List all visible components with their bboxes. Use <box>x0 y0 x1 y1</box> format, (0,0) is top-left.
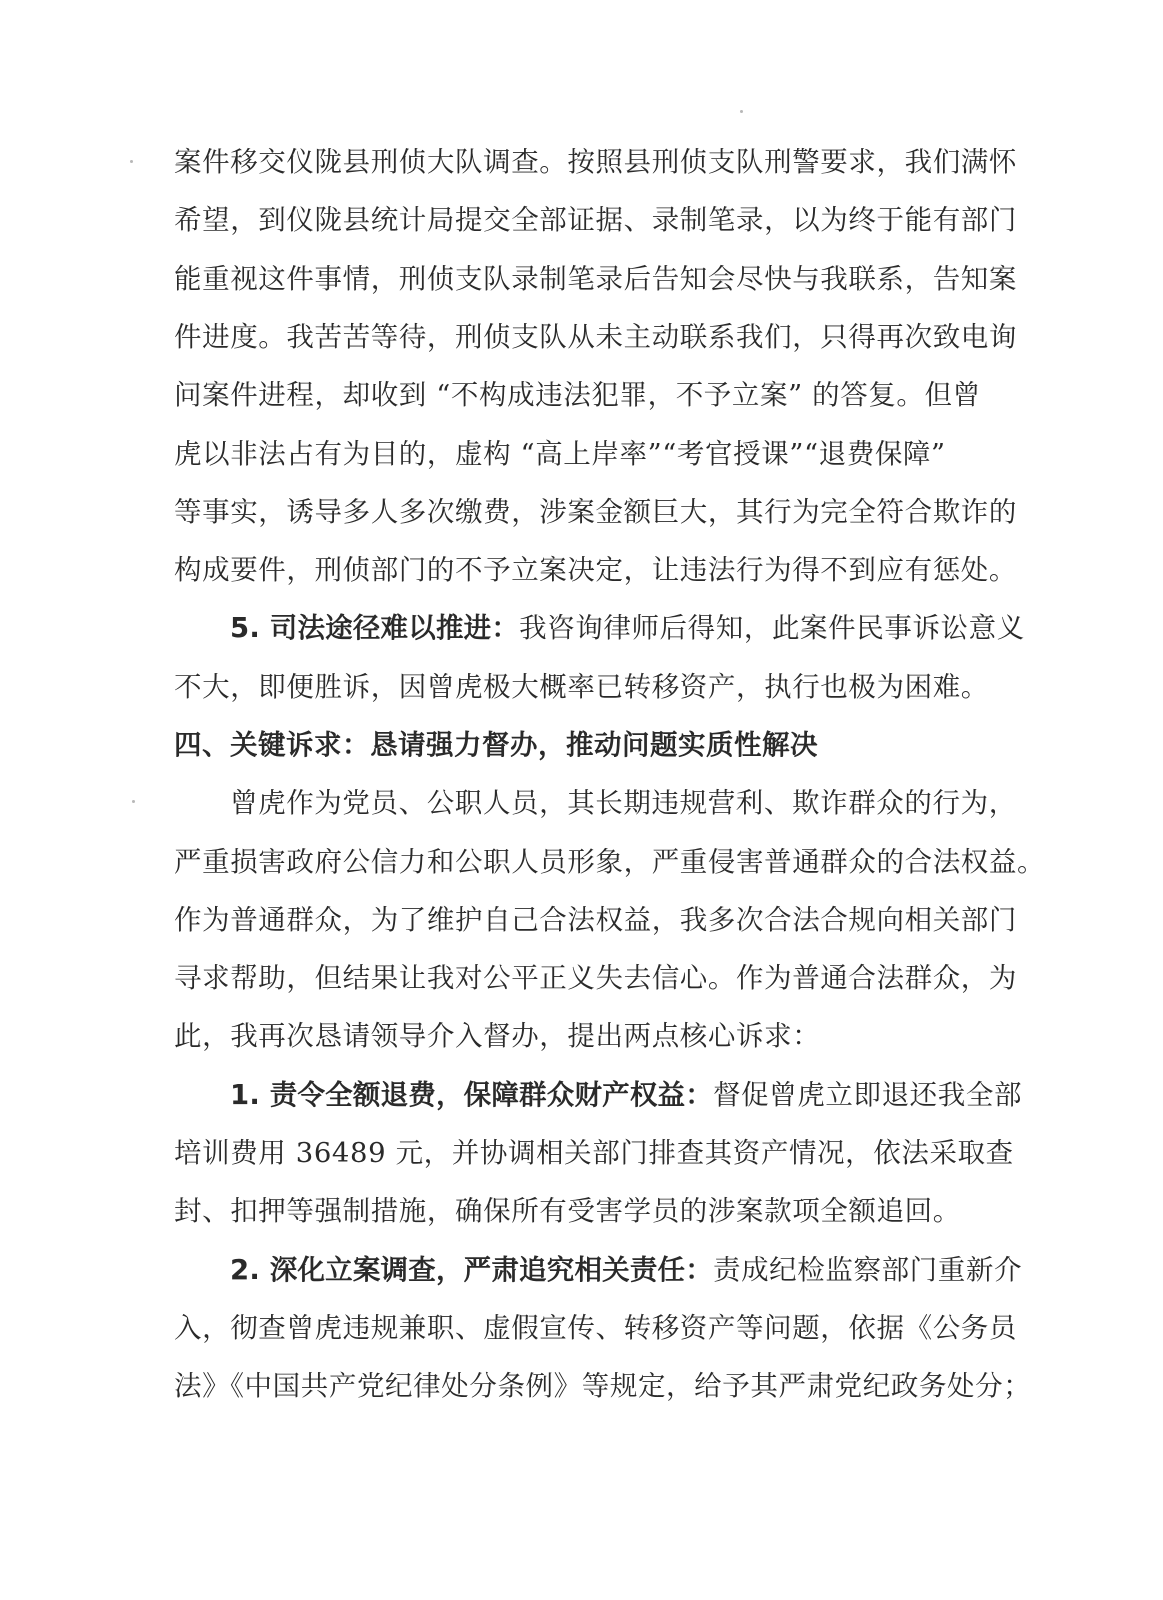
paragraph-line: 等事实，诱导多人多次缴费，涉案金额巨大，其行为完全符合欺诈的 <box>174 492 964 532</box>
section-heading: 四、关键诉求：恳请强力督办，推动问题实质性解决 <box>174 725 964 765</box>
paragraph-line: 问案件进程，却收到 “不构成违法犯罪，不予立案” 的答复。但曾 <box>174 375 964 415</box>
list-item-title: 5. 司法途径难以推进： <box>230 612 519 644</box>
paragraph-line: 件进度。我苦苦等待，刑侦支队从未主动联系我们，只得再次致电询 <box>174 317 964 357</box>
paragraph-line: 封、扣押等强制措施，确保所有受害学员的涉案款项全额追回。 <box>174 1191 964 1231</box>
list-item-5: 5. 司法途径难以推进：我咨询律师后得知，此案件民事诉讼意义 <box>230 608 1020 648</box>
scan-speck <box>740 110 743 113</box>
list-item-title: 1. 责令全额退费，保障群众财产权益： <box>230 1079 713 1111</box>
paragraph-line: 不大，即便胜诉，因曾虎极大概率已转移资产，执行也极为困难。 <box>174 667 964 707</box>
scan-speck <box>130 160 133 163</box>
paragraph-line: 此，我再次恳请领导介入督办，提出两点核心诉求： <box>174 1016 964 1056</box>
paragraph-line: 曾虎作为党员、公职人员，其长期违规营利、欺诈群众的行为， <box>230 783 1020 823</box>
document-page: 案件移交仪陇县刑侦大队调查。按照县刑侦支队刑警要求，我们满怀 希望，到仪陇县统计… <box>0 0 1163 1600</box>
list-item-2: 2. 深化立案调查，严肃追究相关责任：责成纪检监察部门重新介 <box>230 1250 1020 1290</box>
paragraph-line: 培训费用 36489 元，并协调相关部门排查其资产情况，依法采取查 <box>174 1133 964 1173</box>
paragraph-line: 构成要件，刑侦部门的不予立案决定，让违法行为得不到应有惩处。 <box>174 550 964 590</box>
paragraph-line: 入，彻查曾虎违规兼职、虚假宣传、转移资产等问题，依据《公务员 <box>174 1308 964 1348</box>
paragraph-line: 严重损害政府公信力和公职人员形象，严重侵害普通群众的合法权益。 <box>174 842 964 882</box>
paragraph-line: 能重视这件事情，刑侦支队录制笔录后告知会尽快与我联系，告知案 <box>174 259 964 299</box>
paragraph-line: 作为普通群众，为了维护自己合法权益，我多次合法合规向相关部门 <box>174 900 964 940</box>
paragraph-line: 希望，到仪陇县统计局提交全部证据、录制笔录，以为终于能有部门 <box>174 200 964 240</box>
paragraph-line: 案件移交仪陇县刑侦大队调查。按照县刑侦支队刑警要求，我们满怀 <box>174 142 964 182</box>
scan-speck <box>132 800 135 803</box>
paragraph-line: 法》《中国共产党纪律处分条例》等规定，给予其严肃党纪政务处分； <box>174 1366 964 1406</box>
paragraph-line: 虎以非法占有为目的，虚构 “高上岸率”“考官授课”“退费保障” <box>174 434 964 474</box>
paragraph-line: 寻求帮助，但结果让我对公平正义失去信心。作为普通合法群众，为 <box>174 958 964 998</box>
list-item-1: 1. 责令全额退费，保障群众财产权益：督促曾虎立即退还我全部 <box>230 1075 1020 1115</box>
list-item-title: 2. 深化立案调查，严肃追究相关责任： <box>230 1254 713 1286</box>
